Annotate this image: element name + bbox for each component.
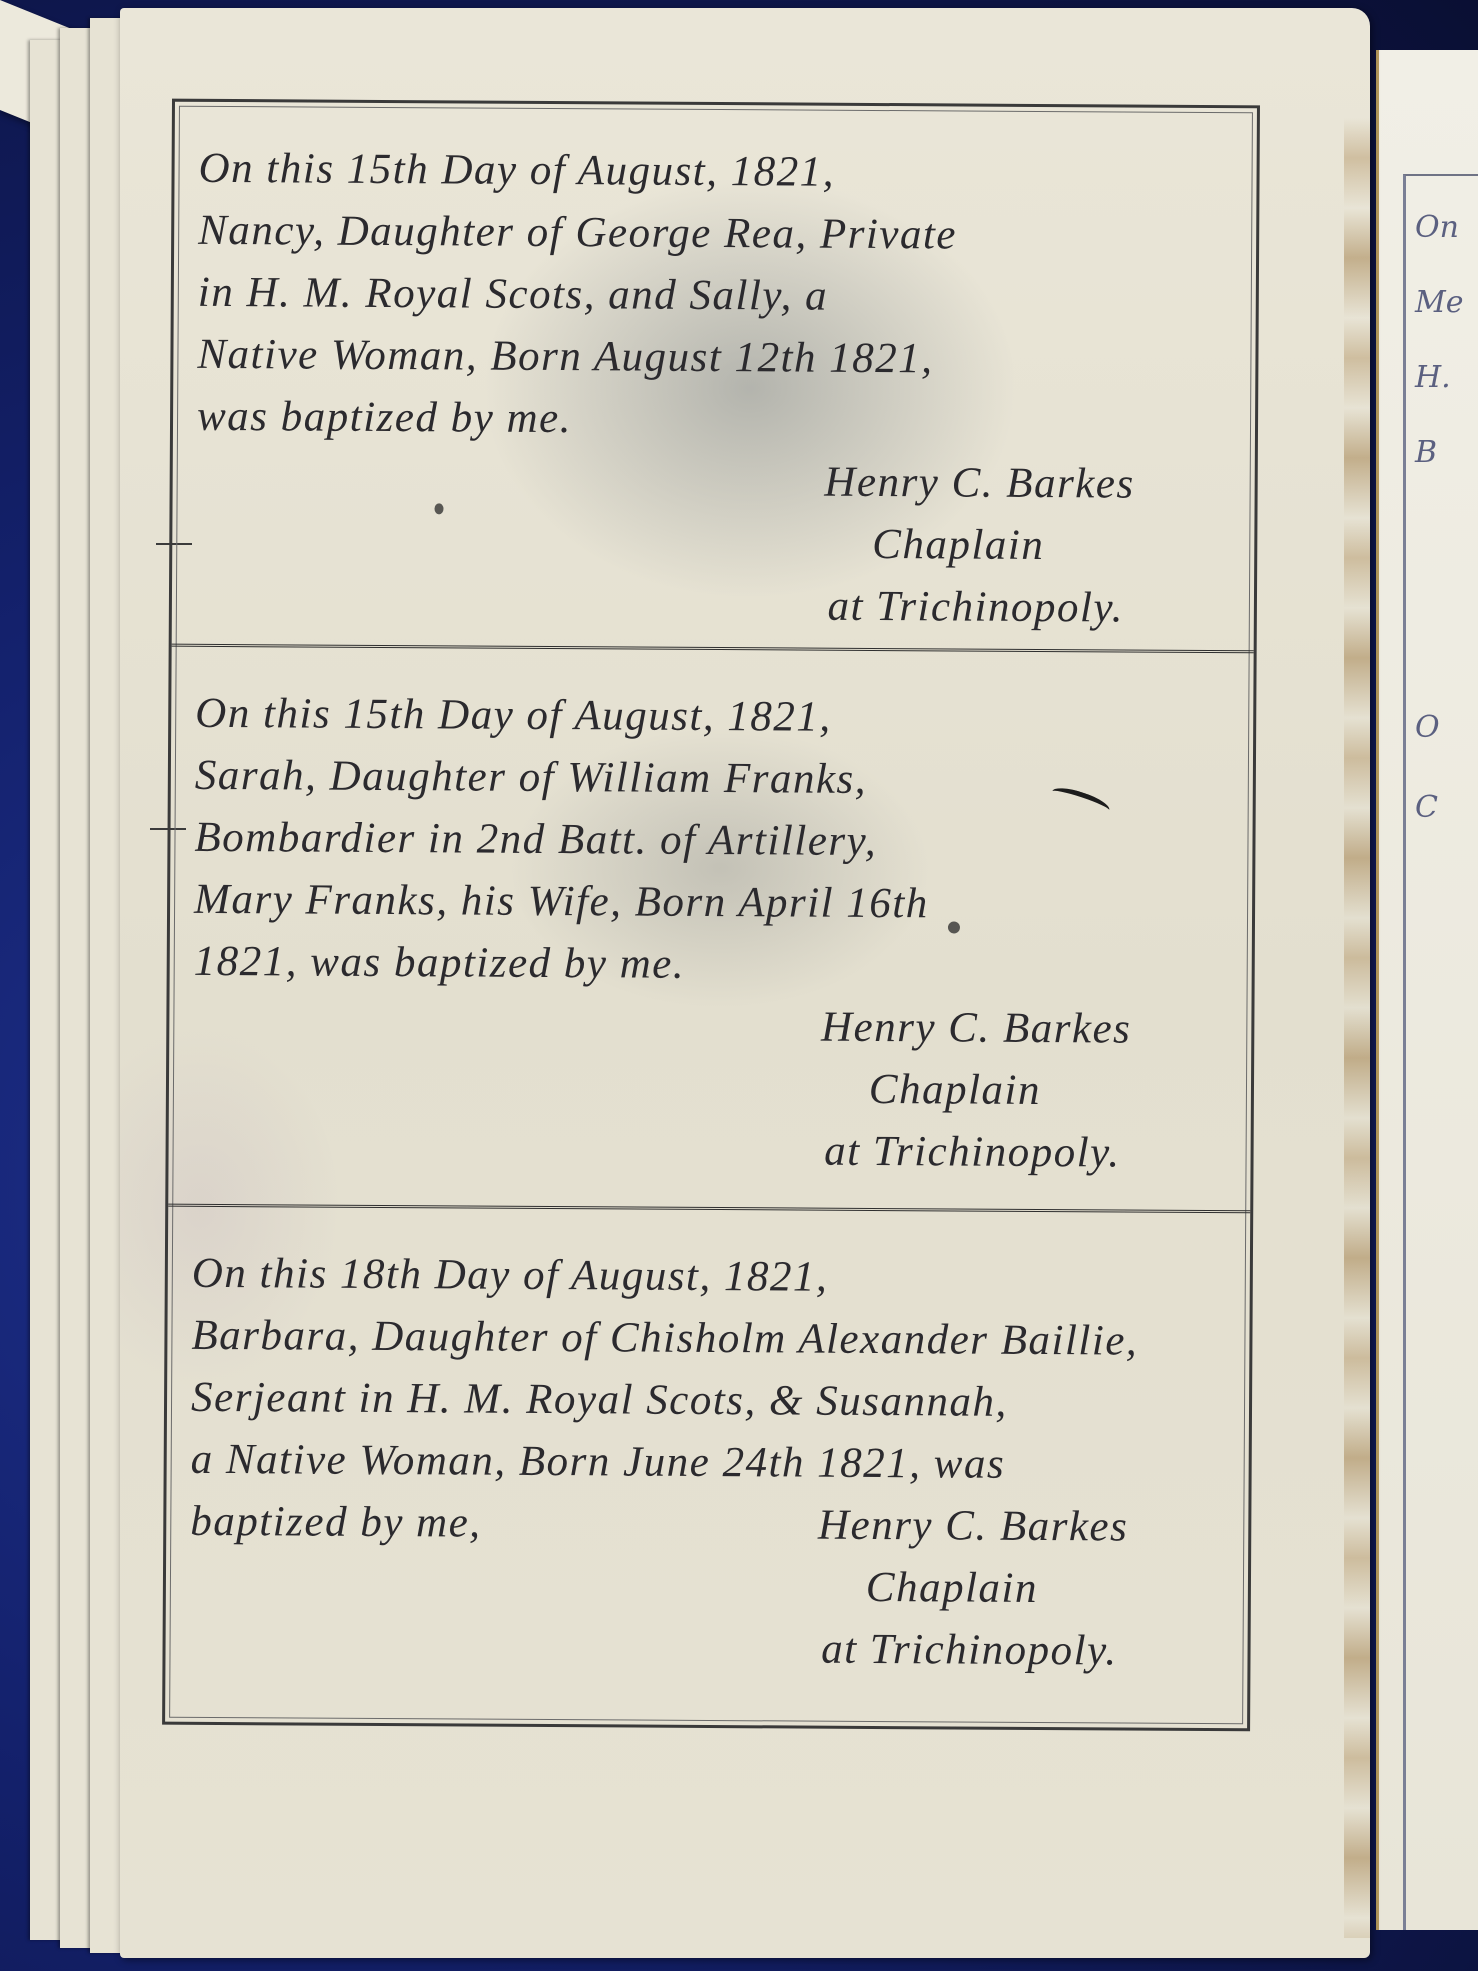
- signature-place: at Trichinopoly.: [189, 1615, 1217, 1683]
- signature-title: Chaplain: [196, 510, 1224, 578]
- ink-spot: [434, 503, 443, 514]
- entry-line: 1821, was baptized by me.: [194, 931, 1222, 999]
- facing-page: On Me H. B O C: [1376, 50, 1478, 1930]
- baptism-entry: On this 15th Day of August, 1821, Nancy,…: [172, 102, 1257, 654]
- entry-line: Native Woman, Born August 12th 1821,: [197, 324, 1225, 392]
- entry-line: On this 18th Day of August, 1821,: [192, 1243, 1220, 1311]
- signature-place: at Trichinopoly.: [196, 572, 1224, 640]
- signature-name: Henry C. Barkes: [193, 993, 1221, 1061]
- facing-page-fragment: Me: [1415, 285, 1463, 320]
- facing-page-fragment: C: [1415, 790, 1438, 825]
- entry-line: Serjeant in H. M. Royal Scots, & Susanna…: [191, 1367, 1219, 1435]
- register-frame: On this 15th Day of August, 1821, Nancy,…: [162, 99, 1260, 1732]
- entry-line: Mary Franks, his Wife, Born April 16th: [194, 869, 1222, 937]
- baptism-entry: On this 18th Day of August, 1821, Barbar…: [165, 1207, 1250, 1724]
- ink-spot: [948, 921, 960, 933]
- baptism-entry: On this 15th Day of August, 1821, Sarah,…: [168, 647, 1253, 1214]
- entry-line: Barbara, Daughter of Chisholm Alexander …: [191, 1305, 1219, 1373]
- entry-line: a Native Woman, Born June 24th 1821, was: [191, 1429, 1219, 1497]
- signature-place: at Trichinopoly.: [192, 1117, 1220, 1185]
- water-stain: [1344, 118, 1370, 1938]
- signature-title: Chaplain: [190, 1553, 1218, 1621]
- entry-line: On this 15th Day of August, 1821,: [198, 138, 1226, 206]
- entry-line: in H. M. Royal Scots, and Sally, a: [198, 262, 1226, 330]
- entry-line: On this 15th Day of August, 1821,: [195, 683, 1223, 751]
- register-page: On this 15th Day of August, 1821, Nancy,…: [120, 8, 1370, 1958]
- facing-page-fragment: On: [1415, 210, 1459, 245]
- facing-page-fragment: O: [1415, 710, 1440, 745]
- facing-page-fragment: B: [1415, 435, 1437, 470]
- signature-title: Chaplain: [193, 1055, 1221, 1123]
- entry-line: Bombardier in 2nd Batt. of Artillery,: [194, 807, 1222, 875]
- facing-page-fragment: H.: [1415, 360, 1451, 395]
- signature-name: Henry C. Barkes: [196, 448, 1224, 516]
- entry-line: Nancy, Daughter of George Rea, Private: [198, 200, 1226, 268]
- entry-line: was baptized by me.: [197, 386, 1225, 454]
